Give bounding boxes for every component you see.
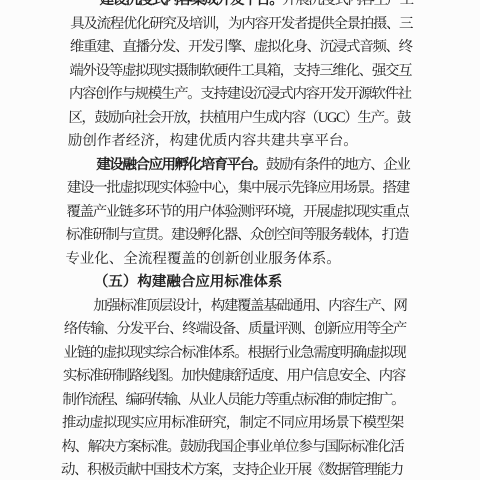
document-line: 构、解决方案标准。鼓励我国企事业单位参与国际标准化活 (61, 436, 403, 460)
body-text: 动、积极贡献中国技术方案，支持企业开展《数据管理能力 (61, 462, 403, 478)
body-text: 励创作者经济，构建优质内容共建共享平台。 (68, 133, 358, 149)
document-line: 建设一批虚拟现实体验中心，集中展示先锋应用场景。搭建 (67, 177, 409, 201)
document-line: 动、积极贡献中国技术方案，支持企业开展《数据管理能力 (61, 459, 403, 480)
document-line: （五）构建融合应用标准体系 (65, 271, 407, 295)
document-line: 建设沉浸式内容集成开发平台。开展沉浸式内容生产工 (71, 0, 413, 13)
body-text: 覆盖产业链多环节的用户体验测评环境，开展虚拟现实重点 (66, 204, 408, 220)
body-text: 具及流程优化研究及培训，为内容开发者提供全景拍摄、三 (70, 16, 412, 32)
body-text: 区，鼓励向社会开放，扶植用户生成内容（UGC）生产。鼓 (68, 110, 410, 126)
bold-lead-text: 建设融合应用孵化培育平台。 (96, 157, 266, 173)
document-line: 实标准研制路线图。加快健康舒适度、用户信息安全、内容 (63, 365, 405, 389)
body-text: 维重建、直播分发、开发引擎、虚拟化身、沉浸式音频、终 (70, 39, 412, 55)
document-page: 建设沉浸式内容集成开发平台。开展沉浸式内容生产工具及流程优化研究及培训，为内容开… (0, 0, 480, 480)
document-line: 制作流程、编码传输、从业人员能力等重点标准的制定推广。 (62, 389, 404, 413)
document-line: 络传输、分发平台、终端设备、质量评测、创新应用等全产 (64, 318, 406, 342)
body-text: 建设一批虚拟现实体验中心，集中展示先锋应用场景。搭建 (67, 180, 409, 196)
body-text: 络传输、分发平台、终端设备、质量评测、创新应用等全产 (64, 321, 406, 337)
document-line: 标准研制与宣贯。建设孵化器、众创空间等服务载体，打造 (66, 224, 408, 248)
document-line: 具及流程优化研究及培训，为内容开发者提供全景拍摄、三 (70, 13, 412, 37)
body-text: 制作流程、编码传输、从业人员能力等重点标准的制定推广。 (62, 392, 404, 408)
body-text: 内容创作与规模生产。支持建设沉浸式内容开发开源软件社 (69, 86, 411, 102)
document-text-block: 建设沉浸式内容集成开发平台。开展沉浸式内容生产工具及流程优化研究及培训，为内容开… (61, 0, 413, 480)
body-text: 专业化、全流程覆盖的创新创业服务体系。 (65, 251, 341, 267)
document-line: 区，鼓励向社会开放，扶植用户生成内容（UGC）生产。鼓 (68, 107, 410, 131)
document-line: 建设融合应用孵化培育平台。鼓励有条件的地方、企业 (67, 154, 409, 178)
document-line: 维重建、直播分发、开发引擎、虚拟化身、沉浸式音频、终 (70, 36, 412, 60)
document-line: 端外设等虚拟现实摄制软硬件工具箱，支持三维化、强交互 (69, 60, 411, 84)
document-line: 推动虚拟现实应用标准研究，制定不同应用场景下模型架 (62, 412, 404, 436)
body-text: 推动虚拟现实应用标准研究，制定不同应用场景下模型架 (62, 415, 404, 431)
body-text: 业链的虚拟现实综合标准体系。根据行业急需度明确虚拟现 (63, 345, 405, 361)
body-text: 标准研制与宣贯。建设孵化器、众创空间等服务载体，打造 (66, 227, 408, 243)
document-line: 加强标准顶层设计，构建覆盖基础通用、内容生产、网 (64, 295, 406, 319)
bold-lead-text: （五）构建融合应用标准体系 (94, 274, 283, 290)
body-text: 实标准研制路线图。加快健康舒适度、用户信息安全、内容 (63, 368, 405, 384)
document-line: 内容创作与规模生产。支持建设沉浸式内容开发开源软件社 (69, 83, 411, 107)
document-line: 励创作者经济，构建优质内容共建共享平台。 (68, 130, 410, 154)
body-text: 鼓励有条件的地方、企业 (266, 157, 410, 173)
document-line: 覆盖产业链多环节的用户体验测评环境，开展虚拟现实重点 (66, 201, 408, 225)
document-line: 专业化、全流程覆盖的创新创业服务体系。 (65, 248, 407, 272)
body-text: 构、解决方案标准。鼓励我国企事业单位参与国际标准化活 (61, 439, 403, 455)
body-text: 加强标准顶层设计，构建覆盖基础通用、内容生产、网 (93, 298, 406, 314)
body-text: 端外设等虚拟现实摄制软硬件工具箱，支持三维化、强交互 (69, 63, 411, 79)
bold-lead-text: 建设沉浸式内容集成开发平台。 (100, 0, 283, 8)
document-line: 业链的虚拟现实综合标准体系。根据行业急需度明确虚拟现 (63, 342, 405, 366)
body-text: 开展沉浸式内容生产工 (282, 0, 413, 8)
